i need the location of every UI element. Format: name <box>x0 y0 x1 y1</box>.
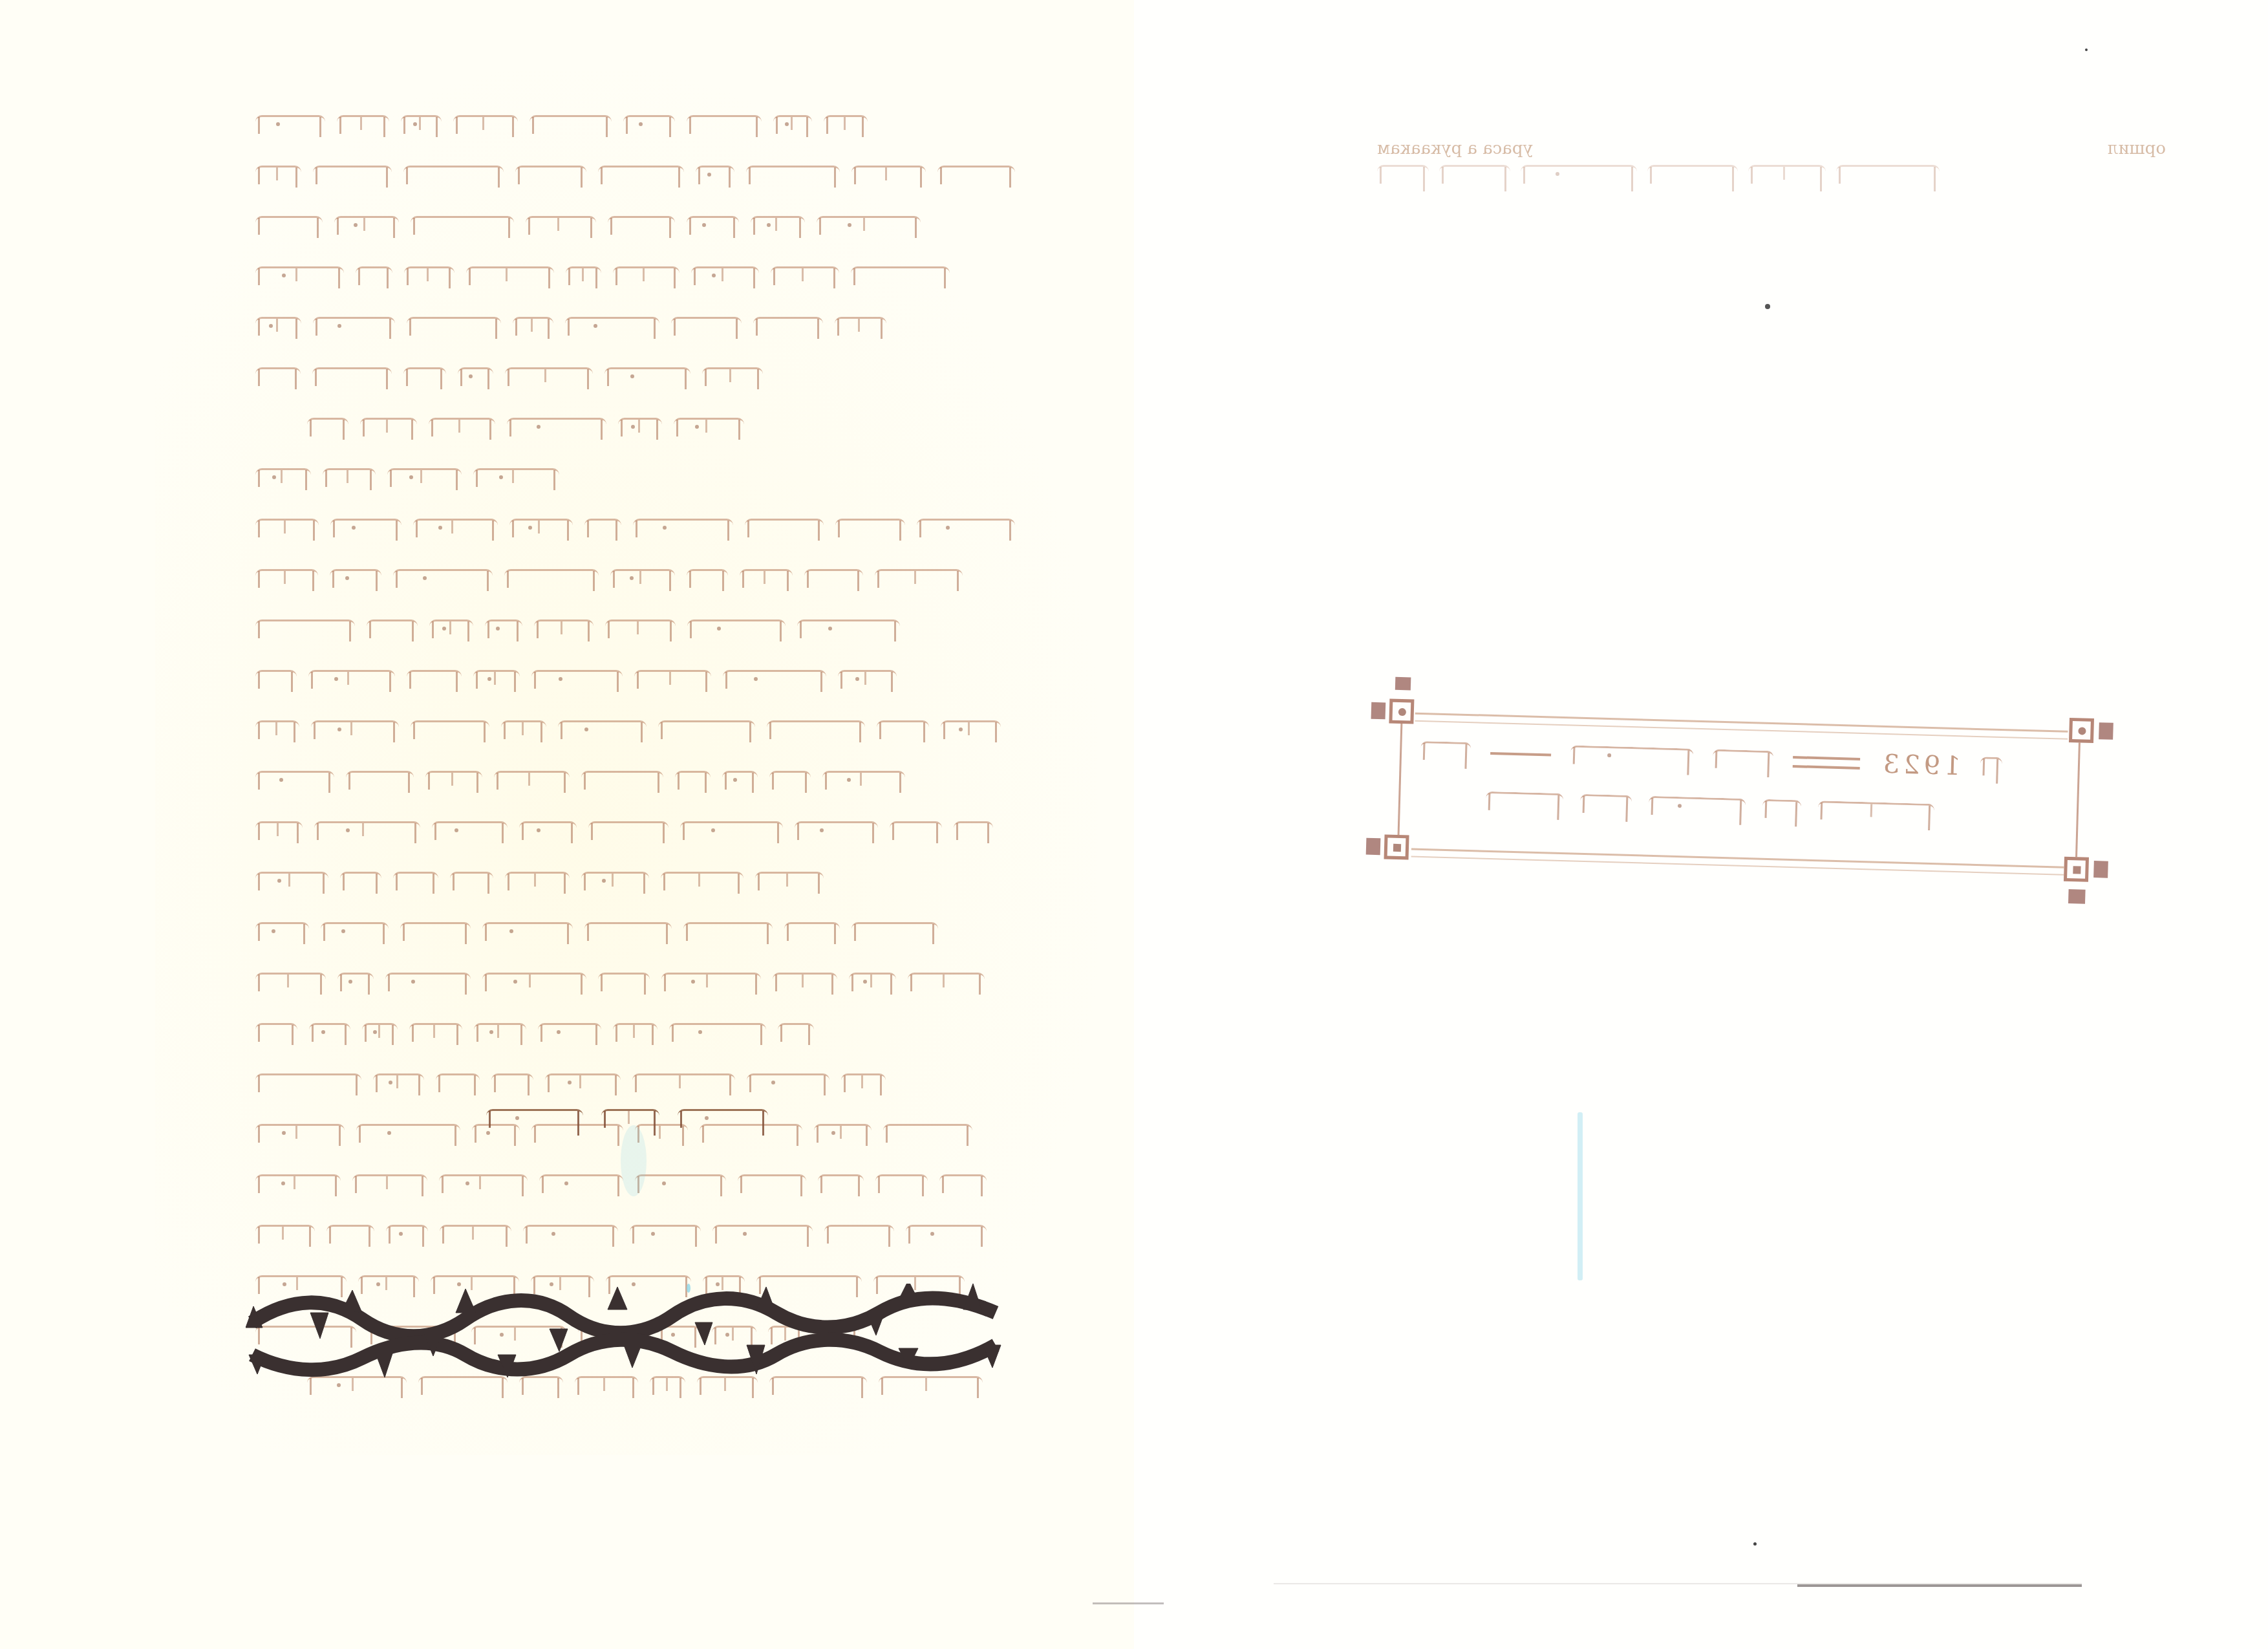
script-word <box>337 115 389 136</box>
script-word <box>515 166 586 187</box>
script-word <box>1748 165 1826 185</box>
script-word <box>696 166 734 187</box>
script-word <box>632 1073 735 1095</box>
script-word <box>440 1225 511 1246</box>
script-word <box>352 1174 427 1196</box>
script-word <box>505 872 570 893</box>
signature-word <box>678 1109 768 1134</box>
script-line <box>255 365 1015 382</box>
script-word <box>818 1174 864 1196</box>
script-word <box>432 821 508 843</box>
script-word <box>890 821 942 843</box>
script-line <box>255 164 1015 180</box>
script-word <box>393 872 438 893</box>
script-word <box>797 620 900 641</box>
title-line-1: 1923 <box>1420 735 2002 784</box>
script-word <box>674 418 744 439</box>
script-word <box>558 720 647 742</box>
script-word <box>769 771 811 792</box>
script-line <box>255 971 1015 987</box>
script-word <box>334 216 399 237</box>
script-word <box>687 569 728 590</box>
dash <box>1490 752 1552 757</box>
script-body-text <box>255 113 1015 1425</box>
script-word <box>767 720 865 742</box>
wavy-ornament-band <box>246 1284 1009 1381</box>
script-word <box>401 115 442 136</box>
script-word <box>1762 799 1801 821</box>
script-word <box>851 266 950 288</box>
script-word <box>367 620 418 641</box>
script-word <box>255 821 303 843</box>
script-word <box>605 620 676 641</box>
script-word <box>501 720 546 742</box>
script-word <box>507 418 606 439</box>
script-word <box>312 367 392 389</box>
dust-speck <box>1765 304 1770 309</box>
script-word <box>453 115 518 136</box>
script-word <box>385 973 471 994</box>
script-word <box>330 519 401 540</box>
script-word <box>413 519 497 540</box>
script-word <box>671 317 742 338</box>
script-word <box>581 771 663 792</box>
script-word <box>313 317 395 338</box>
script-word <box>906 1225 987 1246</box>
script-word <box>1647 165 1738 185</box>
script-word <box>404 266 455 288</box>
script-word <box>814 1124 872 1145</box>
script-word <box>387 468 462 490</box>
script-word <box>411 720 489 742</box>
script-word <box>505 367 593 389</box>
script-word <box>314 821 420 843</box>
script-word <box>386 1225 428 1246</box>
corner-ornament-bottom-left <box>1384 834 1409 859</box>
script-word <box>255 720 299 742</box>
script-word <box>747 1073 829 1095</box>
script-word <box>255 1124 345 1145</box>
script-word <box>838 670 897 691</box>
script-word <box>309 1023 350 1044</box>
frame-side-right <box>2075 740 2081 876</box>
script-word <box>598 166 684 187</box>
script-word <box>321 922 389 943</box>
script-word <box>723 670 826 691</box>
script-word <box>669 1023 766 1044</box>
script-word <box>817 216 921 237</box>
script-line <box>255 315 1015 331</box>
edge-rule-bottom <box>1093 1602 1164 1604</box>
script-word <box>1439 165 1510 185</box>
script-word <box>939 1174 987 1196</box>
script-line <box>255 668 1015 684</box>
script-word <box>255 1225 315 1246</box>
script-word <box>255 468 311 490</box>
script-word <box>633 519 733 540</box>
script-word <box>346 771 414 792</box>
script-word <box>917 519 1015 540</box>
script-word <box>851 166 926 187</box>
script-word <box>526 216 596 237</box>
script-word <box>795 821 878 843</box>
script-word <box>255 872 328 893</box>
script-word <box>538 1023 601 1044</box>
script-word <box>875 569 963 590</box>
script-word <box>531 670 623 691</box>
script-word <box>494 771 570 792</box>
script-word <box>255 115 325 136</box>
script-word <box>458 367 493 389</box>
corner-ornament-bottom-right <box>2064 857 2089 882</box>
script-line <box>255 1021 1015 1037</box>
script-word <box>255 166 301 187</box>
script-word <box>473 468 559 490</box>
script-word <box>255 216 323 237</box>
script-word <box>519 821 577 843</box>
script-word <box>313 166 392 187</box>
script-word <box>255 620 355 641</box>
script-word <box>581 872 649 893</box>
script-word <box>340 872 381 893</box>
script-word <box>1580 793 1632 816</box>
script-line <box>255 113 1015 129</box>
header-fragment: урасa a рукаакам <box>1377 139 1533 158</box>
script-word <box>436 1073 480 1095</box>
blue-stain <box>1578 1112 1583 1280</box>
signature-word <box>486 1109 583 1134</box>
script-line <box>255 1072 1015 1088</box>
script-word <box>539 1174 623 1196</box>
script-word <box>482 973 586 994</box>
script-word <box>491 1073 533 1095</box>
year-mirrored: 1923 <box>1879 749 1961 781</box>
script-word <box>778 1023 814 1044</box>
script-word <box>702 367 763 389</box>
script-word <box>545 1073 621 1095</box>
script-word <box>565 317 659 338</box>
script-word <box>407 670 462 691</box>
double-rule <box>1793 756 1860 770</box>
script-word <box>851 922 938 943</box>
script-word <box>875 1174 928 1196</box>
script-word <box>534 620 594 641</box>
script-word <box>608 216 675 237</box>
script-word <box>1486 791 1564 814</box>
script-word <box>630 1225 701 1246</box>
script-line <box>255 416 1015 432</box>
script-line <box>255 567 1015 583</box>
left-page <box>0 0 1134 1649</box>
script-word <box>908 973 985 994</box>
script-word <box>308 670 395 691</box>
script-word <box>745 519 824 540</box>
script-word <box>613 1023 658 1044</box>
script-word <box>877 720 929 742</box>
script-word <box>751 216 805 237</box>
header-fragment: оршил <box>2108 139 2166 158</box>
script-word <box>613 266 679 288</box>
script-word <box>835 519 904 540</box>
script-word <box>849 973 896 994</box>
script-word <box>323 468 376 490</box>
script-word <box>598 973 650 994</box>
script-word <box>610 569 675 590</box>
framed-title-box: 1923 <box>1372 685 2095 900</box>
script-line <box>255 214 1015 230</box>
script-word <box>513 317 553 338</box>
script-word <box>835 317 886 338</box>
script-word <box>566 266 601 288</box>
script-word <box>588 821 669 843</box>
script-line <box>255 1223 1015 1239</box>
script-word <box>429 418 495 439</box>
header-row-1: оршил урасa a рукаакам <box>1377 139 2166 158</box>
script-word <box>675 771 711 792</box>
script-word <box>356 1124 460 1145</box>
blue-stain <box>687 1284 690 1293</box>
script-word <box>307 418 348 439</box>
script-word <box>450 872 493 893</box>
script-word <box>771 266 839 288</box>
script-word <box>804 569 863 590</box>
script-word <box>466 266 554 288</box>
script-word <box>712 1225 813 1246</box>
script-word <box>1836 165 1940 185</box>
script-word <box>746 166 840 187</box>
script-word <box>661 872 744 893</box>
script-word <box>337 973 374 994</box>
script-word <box>784 922 840 943</box>
script-word <box>1648 795 1746 819</box>
corner-ornament-top-left <box>1389 699 1414 724</box>
script-word <box>362 1023 398 1044</box>
dust-speck <box>1753 1542 1757 1546</box>
script-word <box>824 115 868 136</box>
script-word <box>429 620 473 641</box>
script-word <box>255 266 344 288</box>
corner-tab <box>1366 838 1381 856</box>
corner-tab <box>2099 722 2113 740</box>
script-word <box>937 166 1015 187</box>
script-word <box>661 973 761 994</box>
script-word <box>1521 165 1637 185</box>
script-line <box>255 718 1015 735</box>
header-script-row <box>1377 165 2166 185</box>
script-word <box>473 670 520 691</box>
script-line <box>255 920 1015 936</box>
script-word <box>822 771 905 792</box>
script-word <box>584 922 672 943</box>
script-word <box>773 973 837 994</box>
edge-rule-bottom-dark <box>1797 1584 2082 1587</box>
script-word <box>773 115 812 136</box>
script-line <box>255 517 1015 533</box>
blue-stain <box>621 1125 647 1196</box>
corner-tab <box>1395 677 1411 691</box>
script-word <box>623 115 675 136</box>
script-word <box>393 569 493 590</box>
script-word <box>356 266 392 288</box>
script-word <box>474 1023 526 1044</box>
script-word <box>255 317 301 338</box>
script-word <box>604 367 690 389</box>
script-word <box>255 771 334 792</box>
script-word <box>330 569 381 590</box>
script-word <box>883 1124 972 1145</box>
script-word <box>255 973 326 994</box>
script-word <box>373 1073 424 1095</box>
script-word <box>439 1174 528 1196</box>
script-word <box>954 821 993 843</box>
script-word <box>722 771 758 792</box>
script-word <box>326 1225 374 1246</box>
script-word <box>255 1023 297 1044</box>
script-word <box>425 771 482 792</box>
corner-tab <box>1371 702 1386 720</box>
corner-tab <box>2093 861 2108 878</box>
script-word <box>635 1174 726 1196</box>
script-word <box>1712 749 1774 772</box>
script-word <box>482 922 573 943</box>
script-word <box>755 872 824 893</box>
script-word <box>658 720 755 742</box>
script-word <box>360 418 417 439</box>
script-line <box>255 870 1015 886</box>
script-word <box>255 922 309 943</box>
script-word <box>824 1225 894 1246</box>
script-word <box>753 317 823 338</box>
script-word <box>485 620 522 641</box>
script-line <box>255 819 1015 835</box>
script-line <box>255 769 1015 785</box>
script-word <box>255 569 318 590</box>
corner-ornament-top-right <box>2069 718 2094 743</box>
script-word <box>634 670 711 691</box>
dust-speck <box>2085 48 2088 51</box>
script-word <box>687 620 786 641</box>
script-word <box>1570 745 1693 770</box>
script-word <box>523 1225 618 1246</box>
script-word <box>841 1073 886 1095</box>
script-word <box>504 569 599 590</box>
script-word <box>255 670 297 691</box>
script-word <box>618 418 662 439</box>
script-word <box>738 1174 806 1196</box>
script-line <box>255 264 1015 281</box>
script-word <box>411 216 514 237</box>
script-word <box>407 317 501 338</box>
script-word <box>740 569 793 590</box>
script-word <box>255 367 301 389</box>
mirrored-header-bleedthrough: оршил урасa a рукаакам <box>1377 139 2166 217</box>
title-line-2 <box>1418 784 2001 832</box>
script-word <box>687 115 762 136</box>
script-word <box>530 115 612 136</box>
script-word <box>680 821 783 843</box>
script-word <box>255 519 319 540</box>
script-line <box>255 466 1015 482</box>
script-word <box>400 922 471 943</box>
script-word <box>1420 740 1471 763</box>
script-word <box>1377 165 1429 185</box>
script-word <box>255 1073 361 1095</box>
script-word <box>509 519 573 540</box>
script-word <box>941 720 1001 742</box>
script-word <box>311 720 399 742</box>
script-word <box>409 1023 462 1044</box>
script-word <box>584 519 621 540</box>
script-word <box>403 166 504 187</box>
corner-tab <box>2068 889 2086 904</box>
script-word <box>687 216 739 237</box>
script-line <box>255 618 1015 634</box>
script-word <box>691 266 759 288</box>
script-word <box>255 1174 341 1196</box>
script-word <box>403 367 446 389</box>
script-word <box>1817 801 1934 825</box>
script-word <box>683 922 773 943</box>
script-word <box>1980 757 2002 779</box>
